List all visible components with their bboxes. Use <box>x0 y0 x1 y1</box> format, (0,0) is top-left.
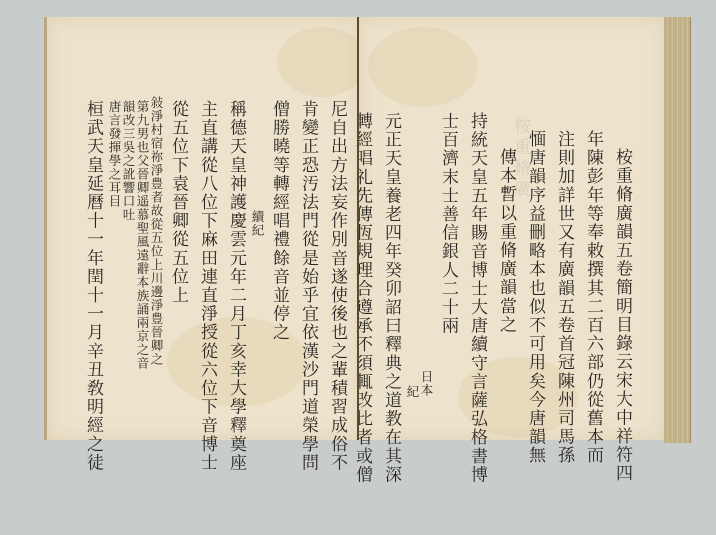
page-edges <box>664 17 691 443</box>
left-page-text: 尼自出方法妄作別音遂使後也之輩積習成俗不 肯變正恐汚法門從是始乎宜依漢沙門道榮學… <box>74 100 351 440</box>
book-spine <box>357 17 359 440</box>
text-column: 元正天皇養老四年癸卯詔曰釋典之道教在其深 <box>376 112 405 440</box>
text-column: 從五位下袁晉卿從五位上 <box>163 100 192 440</box>
water-stain <box>277 27 367 97</box>
text-column: 桓武天皇延曆十一年閏十一月辛丑敎明經之徒 <box>78 100 107 440</box>
text-column: 僧勝曉等轉經唱禮餘音並停之 <box>264 100 293 440</box>
text-column: 傳本暫以重脩廣韻當之 <box>491 148 520 440</box>
text-column: 愐唐韻序益刪略本也似不可用矣今唐韻無 <box>520 130 549 440</box>
text-column: 肯變正恐汚法門從是始乎宜依漢沙門道榮學問 <box>293 100 322 440</box>
text-column: 士百濟末士善信銀人二十兩 <box>433 112 462 440</box>
text-column: 注則加詳世又有廣韻五卷首冠陳州司馬孫 <box>549 130 578 440</box>
small-text-column: 唐言發揮學之耳目 <box>107 100 121 440</box>
text-column: 桉重脩廣韻五卷簡明目錄云宋大中祥符四 <box>607 148 636 440</box>
text-column: 轉經唱礼先傳恆規理合遵承不須輒改比者或僧 <box>347 112 376 440</box>
small-text-column: 敍淨村宿祢淨豊者故從五位上川邊淨豊晉卿之 <box>149 96 163 440</box>
right-page-text: 桉重脩廣韻五卷簡明目錄云宋大中祥符四 年陳彭年等奉敕撰其二百六部仍從舊本而 注則… <box>347 130 636 440</box>
text-column: 稱德天皇神護慶雲元年二月丁亥幸大學釋奠座 <box>221 100 250 440</box>
annotation-note: 日本 <box>419 370 433 440</box>
text-column: 持統天皇五年賜音博士大唐續守言薩弘格書博 <box>462 112 491 440</box>
text-column: 主直講從八位下麻田連直淨授從六位下音博士 <box>192 100 221 440</box>
small-text-column: 第九男也父晉卿遥慕聖風遠辭本族誦兩京之音 <box>135 100 149 440</box>
small-text-column: 韻改三吳之訛響口吐 <box>121 100 135 440</box>
water-stain <box>368 27 478 107</box>
open-book: 尼自出方法妄作別音遂使後也之輩積習成俗不 肯變正恐汚法門從是始乎宜依漢沙門道榮學… <box>0 0 716 535</box>
right-page: 桉重脩廣 桉重脩廣韻五卷簡明目錄云宋大中祥符四 年陳彭年等奉敕撰其二百六部仍從舊… <box>358 17 664 440</box>
annotation-note: 續紀 <box>250 210 264 440</box>
left-page: 尼自出方法妄作別音遂使後也之輩積習成俗不 肯變正恐汚法門從是始乎宜依漢沙門道榮學… <box>44 17 361 440</box>
annotation-note: 紀 <box>405 385 419 440</box>
text-column: 年陳彭年等奉敕撰其二百六部仍從舊本而 <box>578 130 607 440</box>
